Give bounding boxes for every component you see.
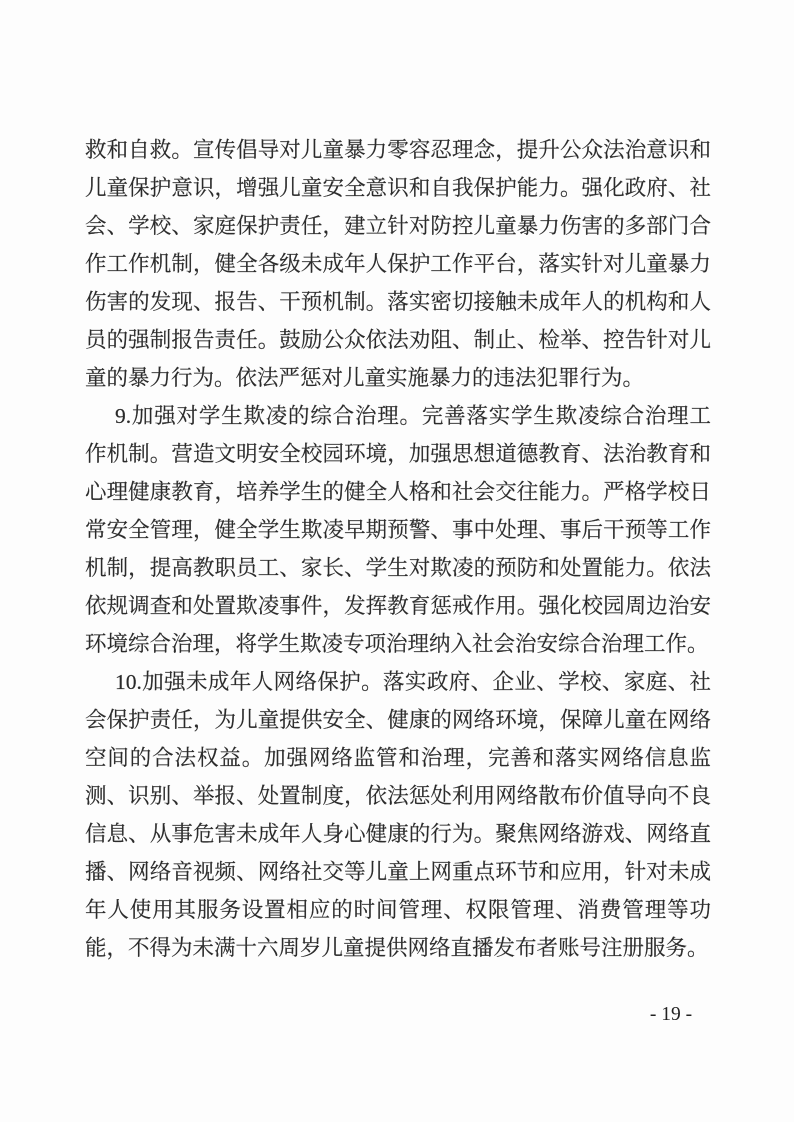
text-line: 9.加强对学生欺凌的综合治理。完善落实学生欺凌综合治理工 [85,397,711,435]
text-line: 会、学校、家庭保护责任，建立针对防控儿童暴力伤害的多部门合 [85,207,711,245]
document-page: 救和自救。宣传倡导对儿童暴力零容忍理念，提升公众法治意识和 儿童保护意识，增强儿… [0,0,794,1122]
paragraph-item-10: 10.加强未成年人网络保护。落实政府、企业、学校、家庭、社 会保护责任，为儿童提… [85,663,711,967]
text-line: 救和自救。宣传倡导对儿童暴力零容忍理念，提升公众法治意识和 [85,131,711,169]
text-line: 机制，提高教职员工、家长、学生对欺凌的预防和处置能力。依法 [85,549,711,587]
text-line: 常安全管理，健全学生欺凌早期预警、事中处理、事后干预等工作 [85,511,711,549]
paragraph-item-9: 9.加强对学生欺凌的综合治理。完善落实学生欺凌综合治理工 作机制。营造文明安全校… [85,397,711,663]
text-line: 伤害的发现、报告、干预机制。落实密切接触未成年人的机构和人 [85,283,711,321]
text-line: 播、网络音视频、网络社交等儿童上网重点环节和应用，针对未成 [85,853,711,891]
text-line: 空间的合法权益。加强网络监管和治理，完善和落实网络信息监 [85,739,711,777]
text-line: 测、识别、举报、处置制度，依法惩处利用网络散布价值导向不良 [85,777,711,815]
text-line: 员的强制报告责任。鼓励公众依法劝阻、制止、检举、控告针对儿 [85,321,711,359]
text-line: 年人使用其服务设置相应的时间管理、权限管理、消费管理等功 [85,891,711,929]
body-text: 救和自救。宣传倡导对儿童暴力零容忍理念，提升公众法治意识和 儿童保护意识，增强儿… [85,131,711,967]
text-line: 心理健康教育，培养学生的健全人格和社会交往能力。严格学校日 [85,473,711,511]
text-line: 作机制。营造文明安全校园环境，加强思想道德教育、法治教育和 [85,435,711,473]
text-line: 作工作机制，健全各级未成年人保护工作平台，落实针对儿童暴力 [85,245,711,283]
text-line: 童的暴力行为。依法严惩对儿童实施暴力的违法犯罪行为。 [85,359,711,397]
page-number: - 19 - [626,1000,716,1030]
text-line: 儿童保护意识，增强儿童安全意识和自我保护能力。强化政府、社 [85,169,711,207]
text-line: 信息、从事危害未成年人身心健康的行为。聚焦网络游戏、网络直 [85,815,711,853]
text-line: 环境综合治理，将学生欺凌专项治理纳入社会治安综合治理工作。 [85,625,711,663]
text-line: 能，不得为未满十六周岁儿童提供网络直播发布者账号注册服务。 [85,929,711,967]
paragraph-continuation: 救和自救。宣传倡导对儿童暴力零容忍理念，提升公众法治意识和 儿童保护意识，增强儿… [85,131,711,397]
text-line: 依规调查和处置欺凌事件，发挥教育惩戒作用。强化校园周边治安 [85,587,711,625]
text-line: 会保护责任，为儿童提供安全、健康的网络环境，保障儿童在网络 [85,701,711,739]
text-line: 10.加强未成年人网络保护。落实政府、企业、学校、家庭、社 [85,663,711,701]
